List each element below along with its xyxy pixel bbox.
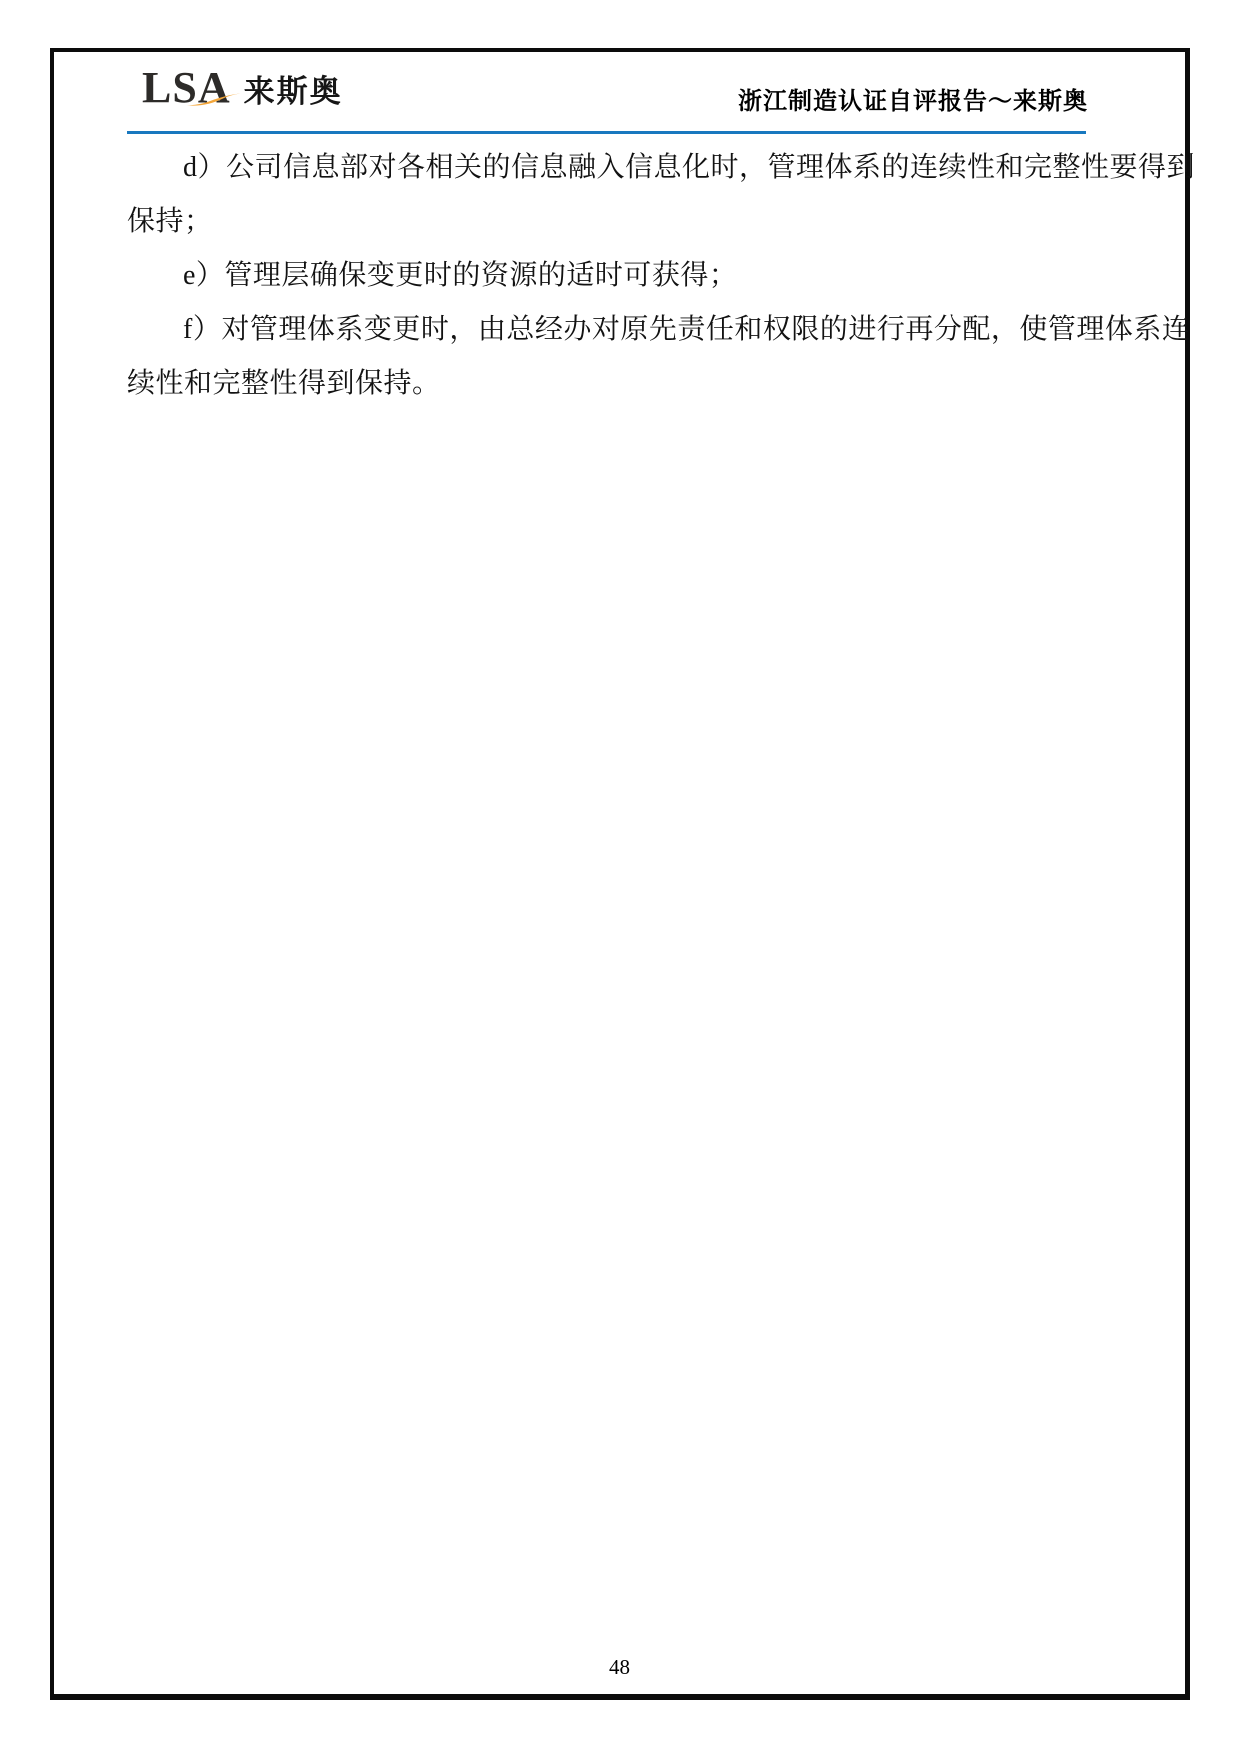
header-title: 浙江制造认证自评报告～来斯奥 xyxy=(738,81,1088,116)
document-page: LSA 来斯奥 浙江制造认证自评报告～来斯奥 d）公司信息部对各相关的信息融入信… xyxy=(0,0,1240,1753)
logo-lsa-text: LSA xyxy=(142,66,231,110)
paragraph-line-d-cont: 保持； xyxy=(127,195,1089,249)
header-divider xyxy=(127,131,1086,134)
paragraph-line-f: f）对管理体系变更时，由总经办对原先责任和权限的进行再分配，使管理体系连 xyxy=(127,303,1089,357)
logo-chinese-text: 来斯奥 xyxy=(244,75,343,110)
document-body: d）公司信息部对各相关的信息融入信息化时，管理体系的连续性和完整性要得到 保持；… xyxy=(127,141,1089,411)
logo-swoosh-icon xyxy=(186,92,244,109)
paragraph-line-f-cont: 续性和完整性得到保持。 xyxy=(127,357,1089,411)
page-border: LSA 来斯奥 浙江制造认证自评报告～来斯奥 d）公司信息部对各相关的信息融入信… xyxy=(50,48,1190,1700)
paragraph-line-d: d）公司信息部对各相关的信息融入信息化时，管理体系的连续性和完整性要得到 xyxy=(127,141,1089,195)
page-number: 48 xyxy=(54,1655,1185,1680)
company-logo: LSA 来斯奥 xyxy=(142,66,343,110)
paragraph-line-e: e）管理层确保变更时的资源的适时可获得； xyxy=(127,249,1089,303)
